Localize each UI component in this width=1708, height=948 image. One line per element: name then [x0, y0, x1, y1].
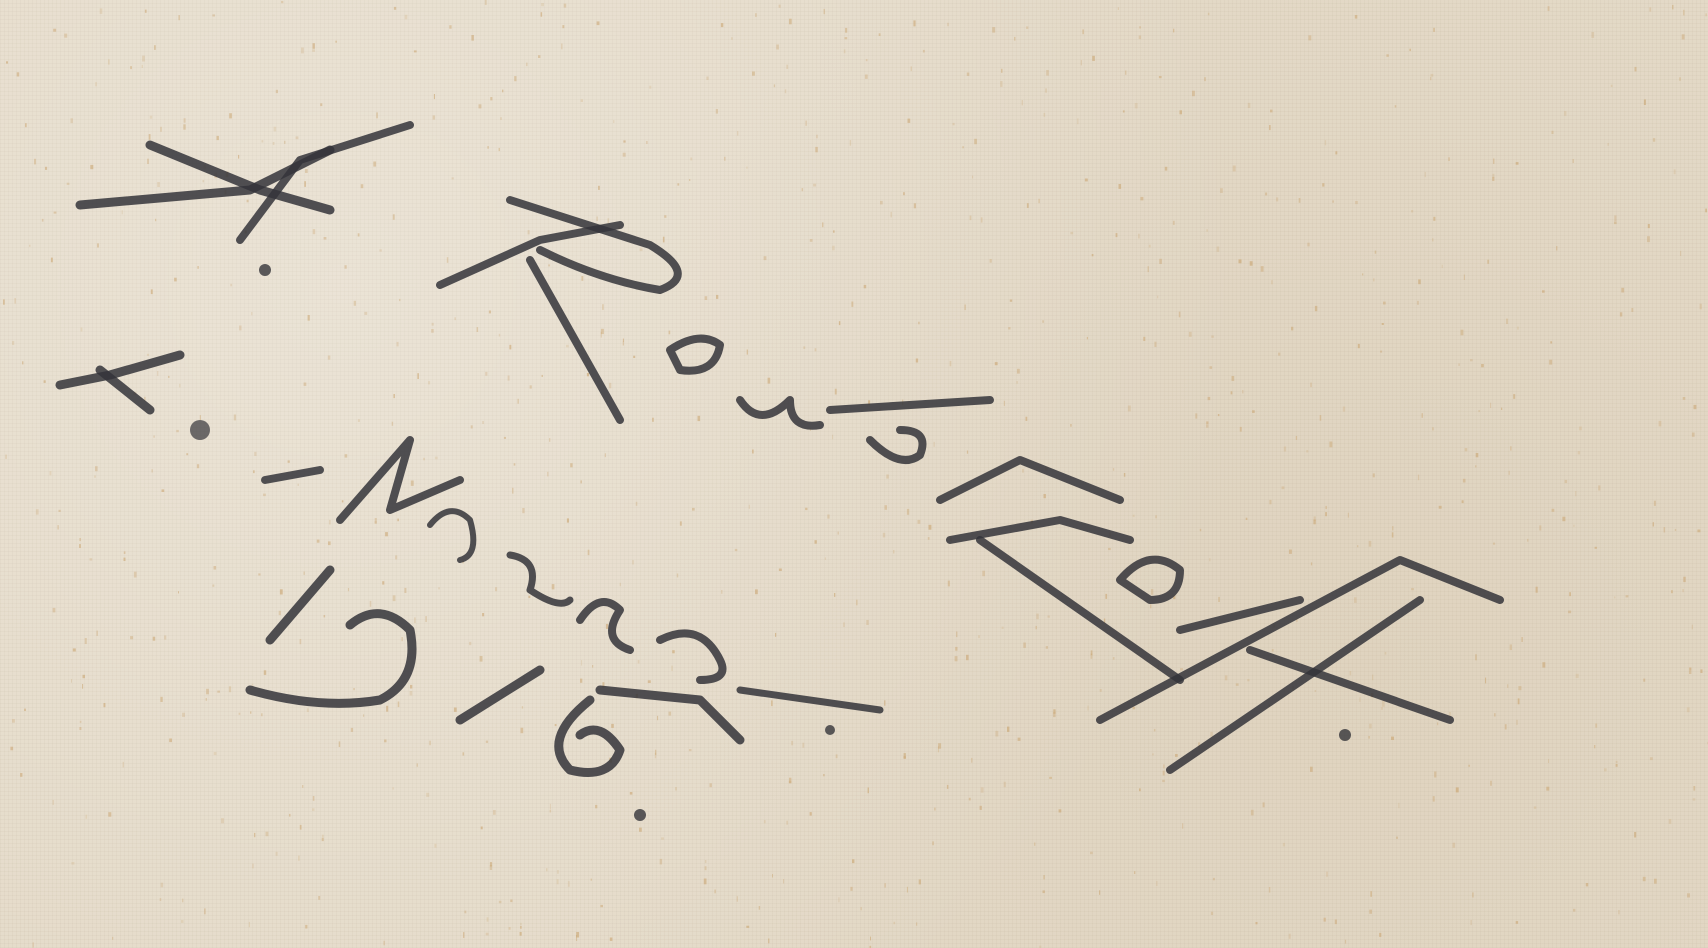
- signature-inscription: [0, 0, 1708, 948]
- signature-initial-a: [80, 125, 410, 276]
- canvas-surface: A. Roubtzoff L. Marsa 1916.: [0, 0, 1708, 948]
- signature-surname: [440, 200, 1500, 770]
- inscription-place-initial: [60, 355, 210, 440]
- inscription-place-name: [265, 440, 880, 735]
- canvas-flecks: [3, 0, 1708, 948]
- inscription-year: [250, 570, 740, 821]
